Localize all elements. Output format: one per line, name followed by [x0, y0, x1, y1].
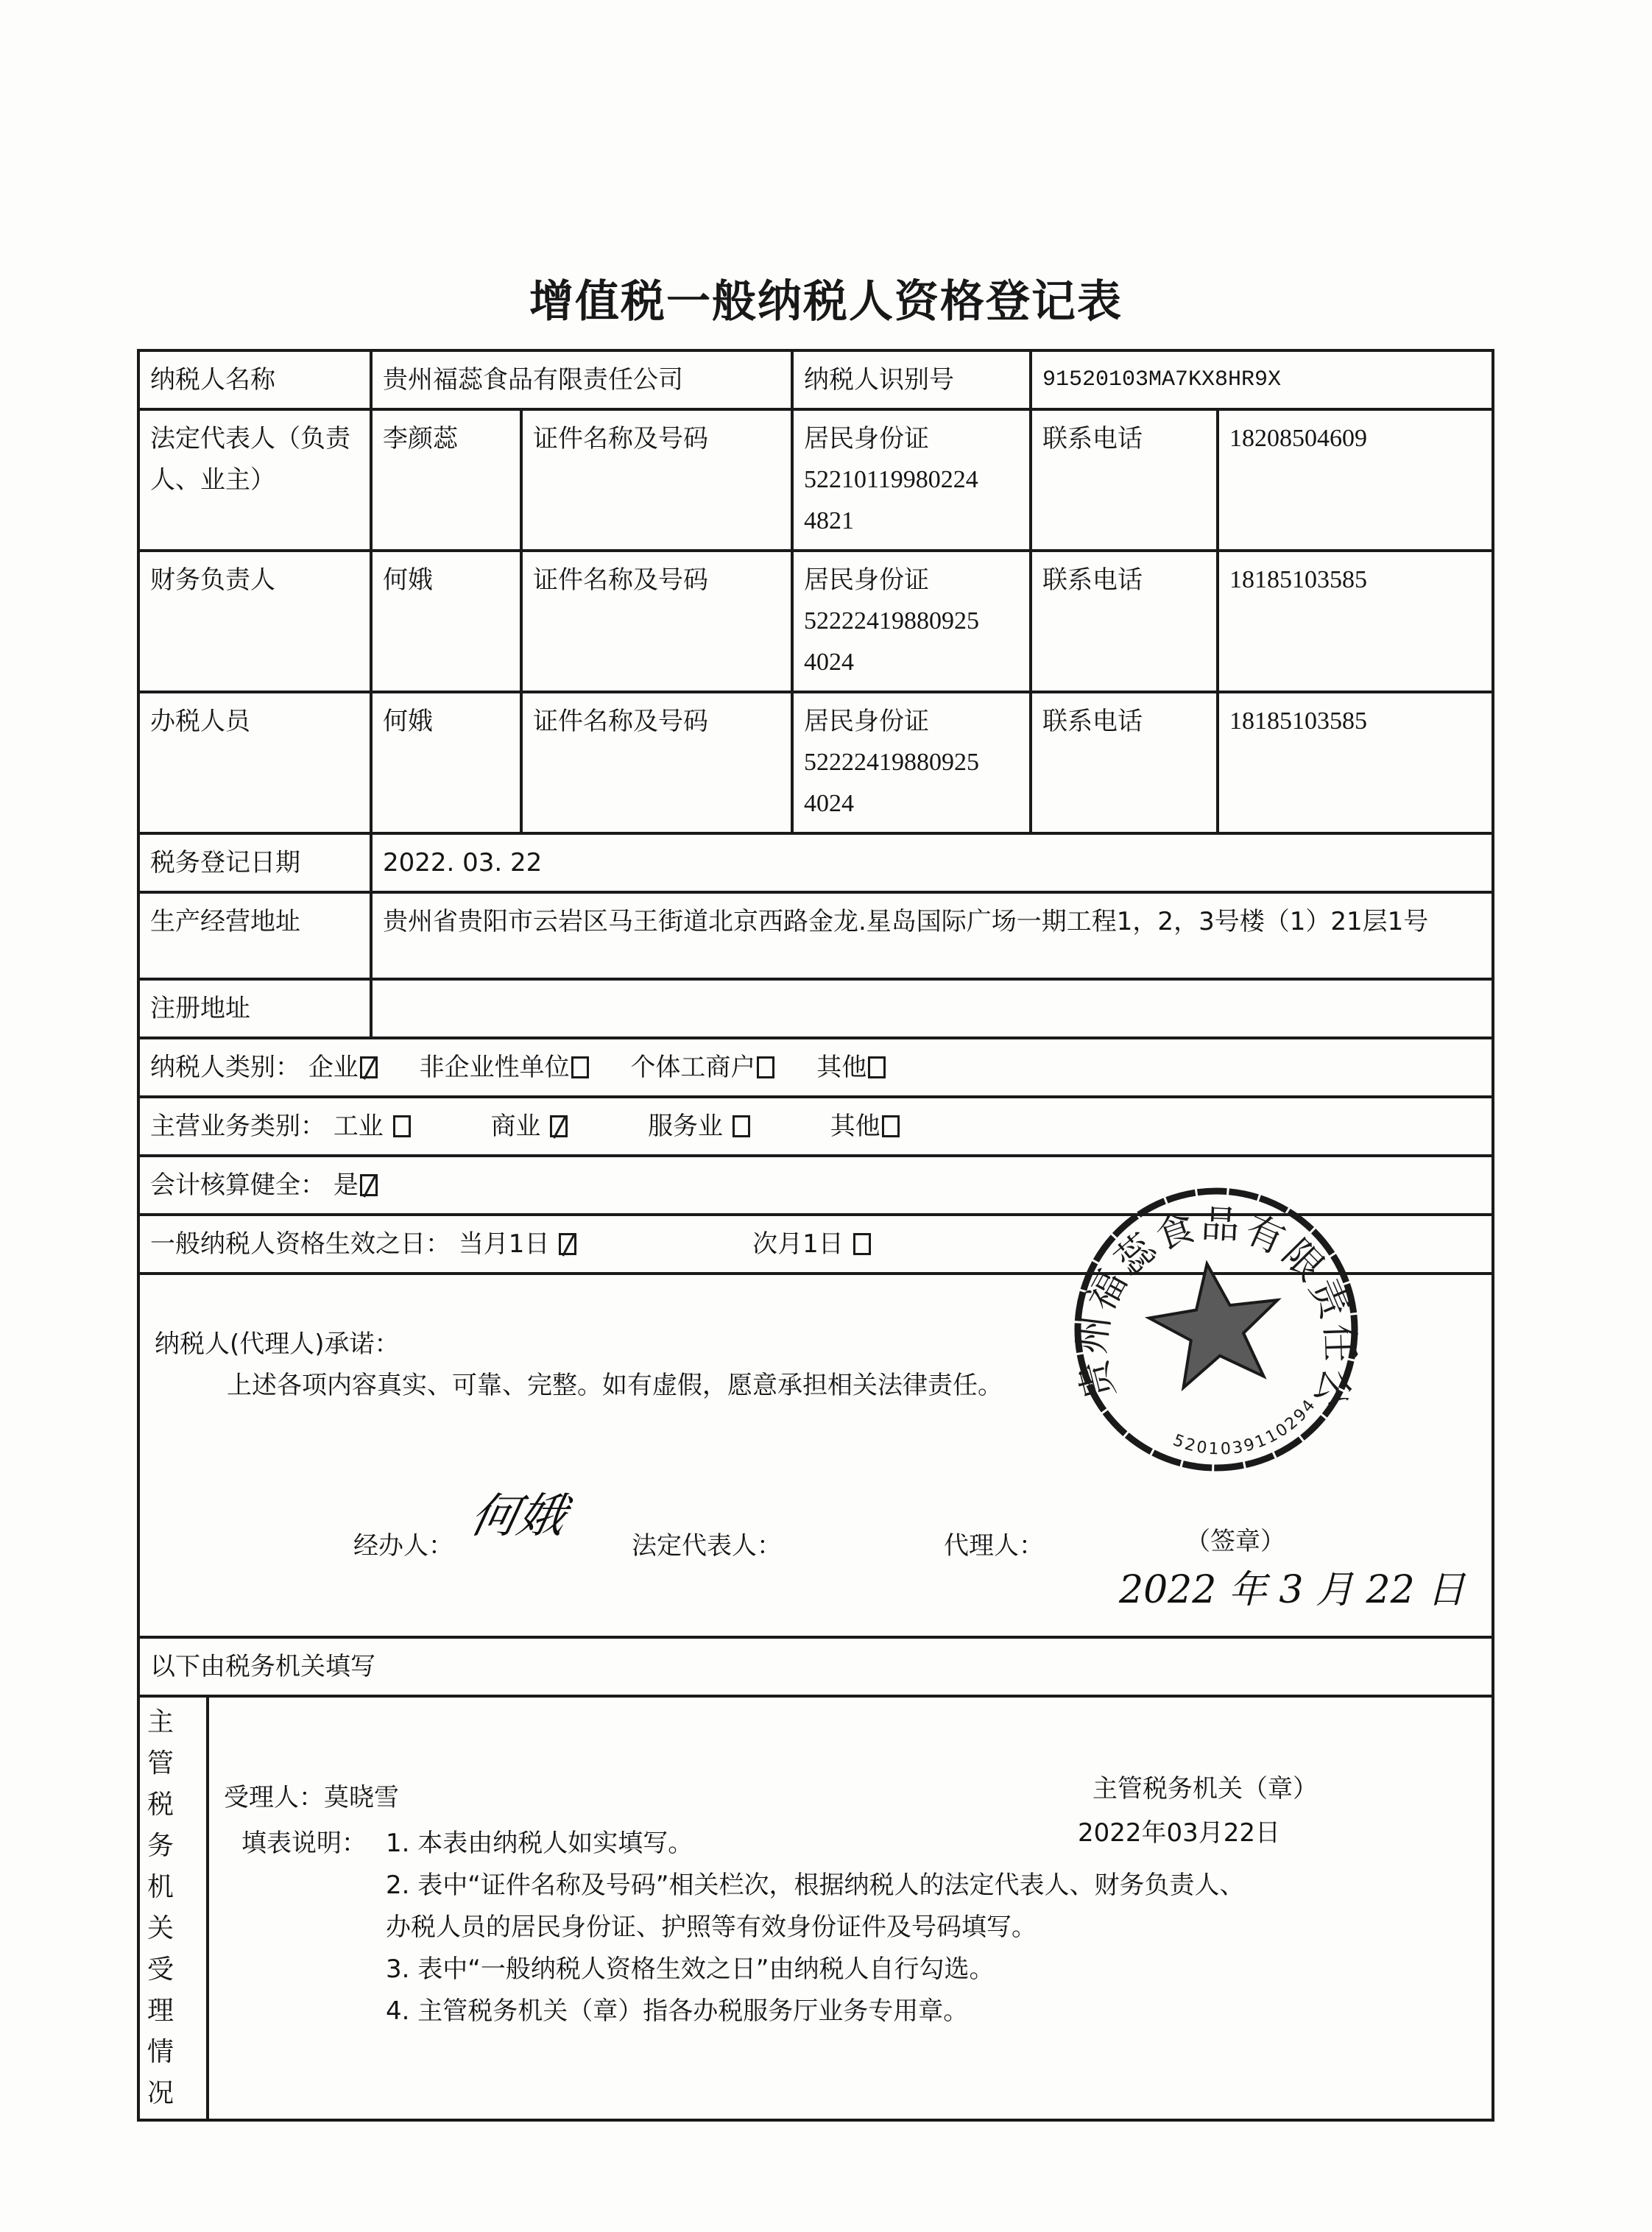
business-address-row: 生产经营地址 贵州省贵阳市云岩区马王街道北京西路金龙.星岛国际广场一期工程1，2… [138, 892, 1493, 979]
checkbox-icon[interactable] [360, 1174, 378, 1196]
pledge-title: 纳税人(代理人)承诺： [155, 1324, 400, 1365]
checkbox-icon[interactable] [550, 1115, 568, 1137]
signed-date: 2022 年 3 月 22 日 [1119, 1569, 1465, 1611]
taxpayer-name-label: 纳税人名称 [138, 350, 371, 409]
finance-head-phone-label: 联系电话 [1031, 551, 1218, 692]
legal-rep-phone: 18208504609 [1218, 409, 1493, 551]
taxpayer-category-row: 纳税人类别： 企业 非企业性单位 个体工商户 其他 [138, 1038, 1493, 1097]
business-type-row: 主营业务类别： 工业 商业 服务业 其他 [138, 1097, 1493, 1156]
registered-address-label: 注册地址 [138, 979, 371, 1038]
note-item: 2. 表中“证件名称及号码”相关栏次，根据纳税人的法定代表人、财务负责人、 [386, 1865, 1461, 1907]
pledge-body: 上述各项内容真实、可靠、完整。如有虚假，愿意承担相关法律责任。 [227, 1365, 1003, 1406]
business-type-label: 主营业务类别： [150, 1112, 325, 1141]
checkbox-icon[interactable] [882, 1115, 900, 1137]
legal-rep-doc-number-2: 4821 [804, 501, 1019, 542]
category-option-non-enterprise[interactable]: 非企业性单位 [420, 1053, 595, 1082]
business-address-label: 生产经营地址 [138, 892, 371, 979]
tax-office-section-label: 以下由税务机关填写 [138, 1637, 1493, 1696]
legal-rep-sign-label: 法定代表人： [632, 1525, 782, 1567]
registration-date-row: 税务登记日期 2022. 03. 22 [138, 833, 1493, 892]
handler-signature: 何娥 [467, 1496, 570, 1537]
finance-head-doc: 居民身份证 52222419880925 4024 [792, 551, 1031, 692]
taxpayer-name-value: 贵州福蕊食品有限责任公司 [371, 350, 792, 409]
note-item: 3. 表中“一般纳税人资格生效之日”由纳税人自行勾选。 [386, 1949, 1461, 1991]
registered-address-value [371, 979, 1493, 1038]
finance-head-phone: 18185103585 [1218, 551, 1493, 692]
checkbox-icon[interactable] [733, 1115, 750, 1137]
effective-option-next-month[interactable]: 次月1日 [752, 1229, 876, 1259]
finance-head-doc-label: 证件名称及号码 [521, 551, 792, 692]
finance-head-name: 何娥 [371, 551, 521, 692]
legal-rep-doc: 居民身份证 52210119980224 4821 [792, 409, 1031, 551]
tax-office-vertical-label: 主管 税务 机关 受理 情况 [140, 1698, 208, 2119]
finance-head-row: 财务负责人 何娥 证件名称及号码 居民身份证 52222419880925 40… [138, 551, 1493, 692]
checkbox-icon[interactable] [360, 1056, 378, 1078]
checkbox-icon[interactable] [853, 1233, 871, 1255]
tax-officer-doc-type: 居民身份证 [804, 701, 1019, 742]
tax-officer-doc-number-2: 4024 [804, 783, 1019, 824]
note-item: 1. 本表由纳税人如实填写。 [386, 1823, 1461, 1865]
finance-head-label: 财务负责人 [138, 551, 371, 692]
effective-date-row: 一般纳税人资格生效之日： 当月1日 次月1日 [138, 1215, 1493, 1274]
receiver-label: 受理人： [224, 1783, 324, 1812]
registration-date-value: 2022. 03. 22 [371, 833, 1493, 892]
legal-rep-label: 法定代表人（负责人、业主） [138, 409, 371, 551]
handler-label: 经办人： [353, 1525, 453, 1567]
effective-date-label: 一般纳税人资格生效之日： [150, 1229, 451, 1259]
tax-officer-label: 办税人员 [138, 692, 371, 833]
checkbox-icon[interactable] [757, 1056, 774, 1078]
receiver: 受理人：莫晓雪 [224, 1777, 399, 1818]
category-option-enterprise[interactable]: 企业 [308, 1053, 384, 1082]
accounting-row: 会计核算健全： 是 [138, 1156, 1493, 1215]
business-option-other[interactable]: 其他 [830, 1112, 906, 1141]
tax-officer-name: 何娥 [371, 692, 521, 833]
effective-option-this-month[interactable]: 当月1日 [459, 1229, 582, 1259]
finance-head-doc-number-1: 52222419880925 [804, 601, 1019, 642]
accounting-label: 会计核算健全： [150, 1170, 325, 1200]
tax-officer-phone-label: 联系电话 [1031, 692, 1218, 833]
tax-office-header-row: 以下由税务机关填写 [138, 1637, 1493, 1696]
registered-address-row: 注册地址 [138, 979, 1493, 1038]
form-notes: 填表说明： 1. 本表由纳税人如实填写。 2. 表中“证件名称及号码”相关栏次，… [241, 1823, 1493, 2033]
note-item: 办税人员的居民身份证、护照等有效身份证件及号码填写。 [386, 1907, 1461, 1949]
legal-rep-phone-label: 联系电话 [1031, 409, 1218, 551]
tax-office-seal-label: 主管税务机关（章） [1092, 1768, 1318, 1809]
tax-officer-row: 办税人员 何娥 证件名称及号码 居民身份证 52222419880925 402… [138, 692, 1493, 833]
checkbox-icon[interactable] [868, 1056, 886, 1078]
checkbox-icon[interactable] [571, 1056, 589, 1078]
registration-date-label: 税务登记日期 [138, 833, 371, 892]
legal-rep-name: 李颜蕊 [371, 409, 521, 551]
receiver-name: 莫晓雪 [324, 1783, 399, 1812]
accounting-option-yes[interactable]: 是 [333, 1170, 384, 1200]
business-option-commerce[interactable]: 商业 [490, 1112, 573, 1141]
tax-officer-doc-label: 证件名称及号码 [521, 692, 792, 833]
taxpayer-id-label: 纳税人识别号 [792, 350, 1031, 409]
finance-head-doc-type: 居民身份证 [804, 559, 1019, 601]
seal-note: （签章） [1185, 1521, 1285, 1562]
business-option-industry[interactable]: 工业 [333, 1112, 417, 1141]
category-option-individual[interactable]: 个体工商户 [630, 1053, 780, 1082]
checkbox-icon[interactable] [559, 1233, 576, 1255]
note-item: 4. 主管税务机关（章）指各办税服务厅业务专用章。 [386, 1991, 1461, 2033]
legal-rep-row: 法定代表人（负责人、业主） 李颜蕊 证件名称及号码 居民身份证 52210119… [138, 409, 1493, 551]
business-address-value: 贵州省贵阳市云岩区马王街道北京西路金龙.星岛国际广场一期工程1，2，3号楼（1）… [371, 892, 1493, 979]
business-option-service[interactable]: 服务业 [648, 1112, 756, 1141]
tax-officer-doc: 居民身份证 52222419880925 4024 [792, 692, 1031, 833]
notes-lead: 填表说明： [241, 1823, 386, 1865]
taxpayer-category-label: 纳税人类别： [150, 1053, 300, 1082]
taxpayer-row: 纳税人名称 贵州福蕊食品有限责任公司 纳税人识别号 91520103MA7KX8… [138, 350, 1493, 409]
pledge-row: 纳税人(代理人)承诺： 上述各项内容真实、可靠、完整。如有虚假，愿意承担相关法律… [138, 1274, 1493, 1637]
finance-head-doc-number-2: 4024 [804, 642, 1019, 683]
legal-rep-doc-type: 居民身份证 [804, 418, 1019, 459]
legal-rep-doc-label: 证件名称及号码 [521, 409, 792, 551]
legal-rep-doc-number-1: 52210119980224 [804, 459, 1019, 501]
form-title: 增值税一般纳税人资格登记表 [0, 266, 1652, 330]
category-option-other[interactable]: 其他 [816, 1053, 892, 1082]
agent-label: 代理人： [944, 1525, 1044, 1567]
tax-officer-phone: 18185103585 [1218, 692, 1493, 833]
tax-officer-doc-number-1: 52222419880925 [804, 742, 1019, 783]
checkbox-icon[interactable] [393, 1115, 411, 1137]
taxpayer-id-value: 91520103MA7KX8HR9X [1031, 350, 1493, 409]
